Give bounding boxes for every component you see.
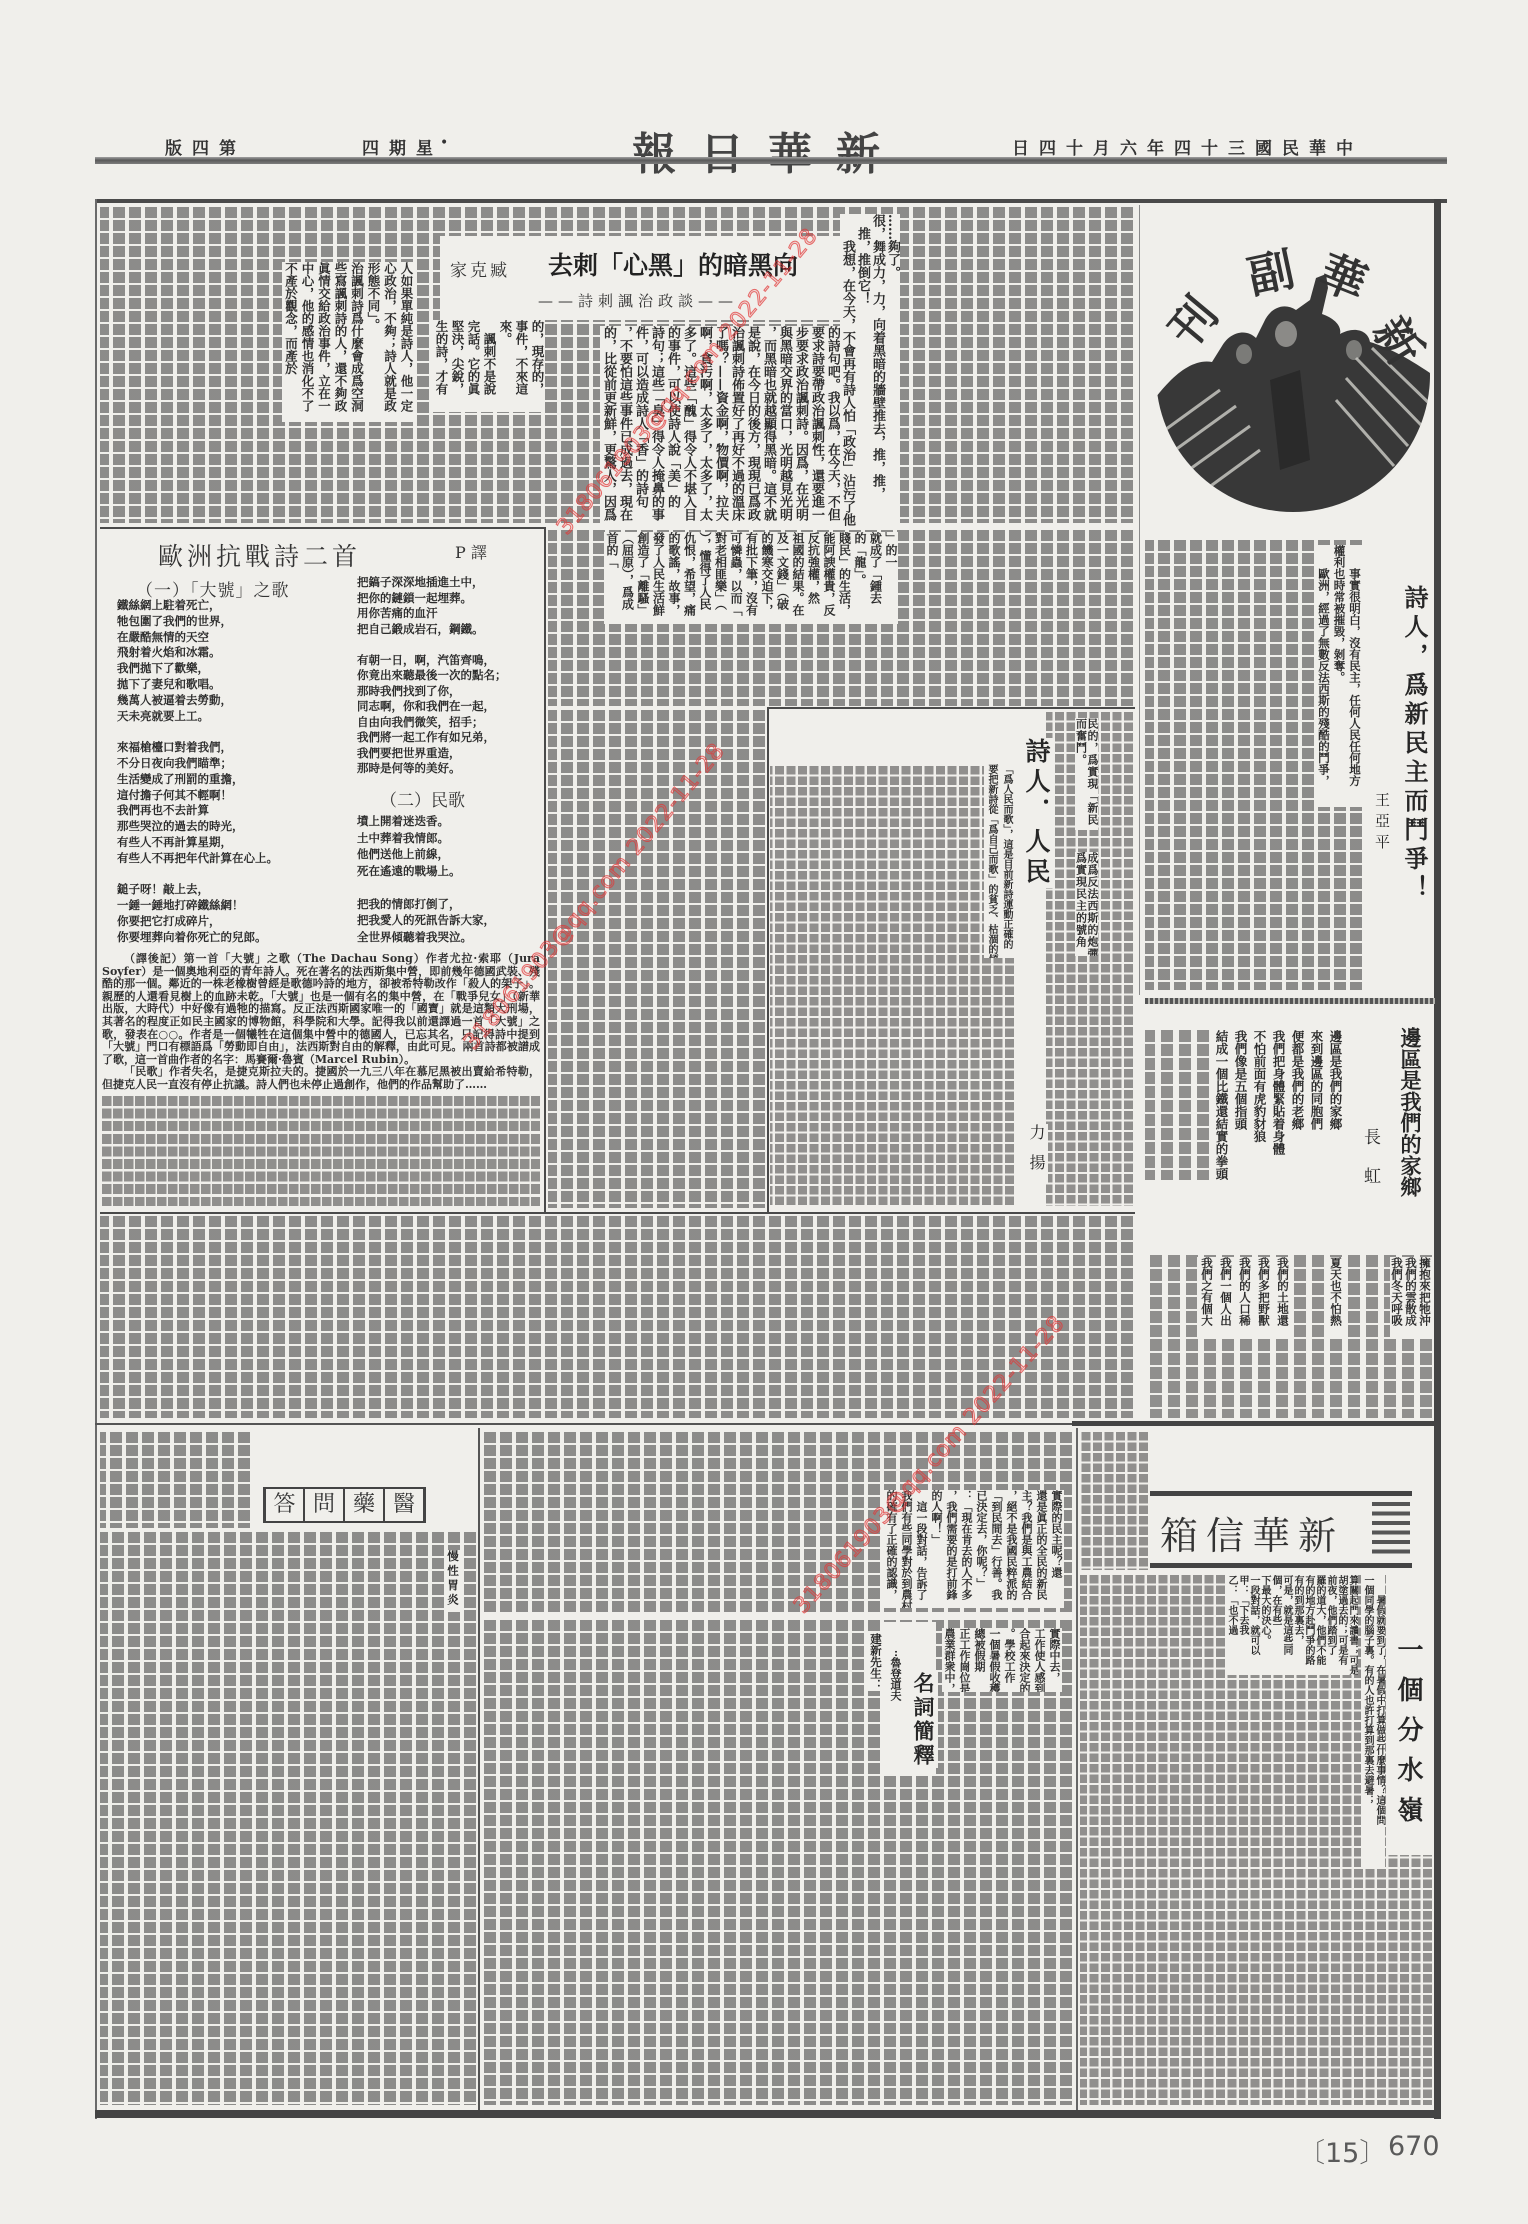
band-top-rule: [100, 1212, 1135, 1214]
mailbox-header-top-bar: [1150, 1491, 1412, 1496]
poem-line: 牠包圍了我們的世界，: [117, 614, 278, 630]
frame-top-border: [95, 199, 1447, 203]
text-column: 發了人民生活鮮: [650, 532, 666, 624]
poem-line: [357, 637, 507, 653]
lower-divider-right: [1076, 1428, 1078, 2110]
text-column: 正工作崗位是在廣大的: [957, 1628, 972, 1692]
poem-line: 不怕前面有虎豹豺狼: [1250, 1030, 1269, 1190]
mailbox-section-title: 新華信箱: [1160, 1505, 1344, 1560]
poem-line: 有朝一日，啊，汽笛齊鳴，: [357, 653, 507, 669]
text-column: 形態不同」。: [365, 262, 382, 422]
article-body-block: 實際中去，工作使人感到合起來決定的。學校工作一個暑假收穫總被假期正工作崗位是在廣…: [942, 1628, 1062, 1692]
text-column: 前夜，他們踏到了: [1325, 1575, 1336, 1675]
text-column: 主？我們是與工農結合: [1019, 1490, 1034, 1608]
poem-line: 在嚴酷無情的天空: [117, 630, 278, 646]
poem-line: 我們的雲散成: [1404, 1257, 1418, 1337]
mailbox-header-bottom-bar: [1150, 1563, 1412, 1568]
poem-line: 那時我們找到了你，: [357, 684, 507, 700]
text-column: 可憐蟲，以而「: [728, 532, 744, 624]
text-column: 事件，不來這: [513, 320, 529, 412]
glossary-title: 名詞簡釋: [908, 1672, 938, 1768]
poem-line: 有些人不再把年代計算在心上。: [117, 851, 278, 867]
poem-line: 鎚子呀！敲上去，: [117, 882, 278, 898]
poem-line: 來到邊區的同胞們: [1307, 1030, 1326, 1190]
poem-line: 拋下了妻兒和歌唱。: [117, 677, 278, 693]
text-column: ，而黑暗也就越顯得黑暗。這不就: [760, 326, 776, 523]
print-texture-medical-top: [100, 1432, 250, 1528]
poems-translator: P 譯: [455, 540, 487, 563]
glossary-addressee: 建新先生：: [868, 1633, 884, 1691]
frame-bottom-border: [95, 2110, 1441, 2118]
text-column: 中心，他的感情也消化不了: [299, 262, 316, 422]
poem-author: 長虹: [1358, 1128, 1383, 1206]
column-divider: [1139, 205, 1140, 995]
poem-line: 我們要把世界重造，: [357, 746, 507, 762]
text-column: 心政治，不夠；詩人就是政: [381, 262, 398, 422]
text-column: 仇恨，希望，痛: [681, 532, 697, 624]
text-column: 推，推倒它！: [855, 214, 870, 528]
article-author: 王亞平: [1372, 792, 1393, 855]
text-column: 堅決，尖銳，: [449, 320, 465, 412]
text-column: ：「現在肯去的人不多: [959, 1490, 974, 1608]
poem-line: 鐵絲網上駐着死亡，: [117, 598, 278, 614]
text-column: 創造了「離騷」: [635, 532, 651, 624]
notes-paragraph: 「民歌」作者失名，是捷克斯拉夫的。捷國於一九三八年在慕尼黑被出賣給希特勒，但捷克…: [102, 1066, 540, 1091]
text-column: 對老相匪樂」（: [712, 532, 728, 624]
text-column: 「爲人民而歌」，這是目前新詩運動正確的: [999, 764, 1014, 958]
article-body-block: 成爲反法西斯的炮彈，爲實現民主的號角: [1075, 852, 1098, 956]
text-column: ，不要怕這些事件已成過去，現在: [616, 326, 632, 523]
article-body-block: 人如果單純是詩人，他一定心政治，不夠；詩人就是政形態不同」。治諷刺詩爲什麼會成爲…: [282, 262, 414, 422]
poem-line: 你要把它打成碎片，: [117, 914, 278, 930]
poem-line: 我們的土地還: [1273, 1257, 1292, 1337]
poem-line: 我們將一起工作有如兄弟，: [357, 730, 507, 746]
print-texture-changhong-upper: [1145, 1030, 1209, 1180]
article-body-block: ……夠了。很，舞成力，力，向着黑暗的牆壁推去，推，推， 推，推倒它！ 我想，在今…: [840, 214, 900, 528]
text-column: 農業群衆中，: [942, 1628, 957, 1692]
poems-section-title: 歐洲抗戰詩二首: [158, 537, 361, 573]
text-column: 一個暑假收穫: [987, 1628, 1002, 1692]
text-column: 首的「: [604, 532, 620, 624]
text-column: 治諷刺詩爲什麼會成爲空洞: [348, 262, 365, 422]
article-author: 臧克家: [450, 256, 510, 281]
print-texture-liyang-left: [770, 766, 1014, 1206]
text-column: 就成了「鍾去: [867, 532, 883, 624]
poem-line: 墳上開着迷迭香。: [357, 813, 495, 830]
text-column: 的歌謠，故事，: [666, 532, 682, 624]
poem-line: 把你的鏈鎖一起埋葬。: [357, 591, 507, 607]
medical-qa-title-char: 醫: [383, 1489, 423, 1521]
page-number: 670: [1388, 2131, 1440, 2162]
issue-date: 中華民國三十四年六月十四日: [1012, 134, 1363, 159]
poem-line: 我們多把野獸: [1254, 1257, 1273, 1337]
text-column: 是說，在今日的後方，現現已爲政: [744, 326, 760, 523]
liyang-box-left-rule: [767, 707, 769, 1213]
text-column: 有的到那裏去，: [1292, 1575, 1303, 1675]
text-column: 羅的道大，他們不能: [1314, 1575, 1325, 1675]
text-column: 治諷刺詩佈置好了再好不過的溫床: [728, 326, 744, 523]
medical-qa-title-char: 問: [303, 1489, 343, 1521]
poem-stanza: 擁抱來把牠沖我們的雲散成我們冬天呼吸: [1390, 1257, 1432, 1337]
poem-line: [117, 867, 278, 883]
poem-line: 他們送他上前線，: [357, 846, 495, 863]
text-column: 這一段對話，告訴了: [914, 1490, 929, 1608]
text-column: 的「龍」。: [852, 532, 868, 624]
poem-line: 自由向我們微笑，招手；: [357, 715, 507, 731]
text-column: 權利也時常被摧毀，剝奪。: [1331, 545, 1347, 807]
poem-stanza: 邊區是我們的家鄉來到邊區的同胞們便都是我們的老鄉我們把身體緊貼着身體不怕前面有虎…: [1212, 1030, 1345, 1190]
article-body-block: 事實很明白，沒有民主，任何人民任何地方權利也時常被摧毀，剝奪。 歐洲，經過了無數…: [1316, 545, 1363, 807]
poem-line: 死在遙遠的戰場上。: [357, 863, 495, 880]
poem-line: 我們冬天呼吸: [1390, 1257, 1404, 1337]
text-column: 諷刺不是說: [481, 320, 497, 412]
text-column: 合起來決定的: [1017, 1628, 1032, 1692]
text-column: 不產於觀念，而產於: [282, 262, 299, 422]
poem-line: [117, 724, 278, 740]
poem-line: 生活變成了刑罰的重擔，: [117, 772, 278, 788]
text-column: 有的地方赴鬥爭的路: [1303, 1575, 1314, 1675]
poem-lines: 墳上開着迷迭香。土中葬着我情郎。他們送他上前線，死在遙遠的戰場上。把我的情郎打倒…: [357, 813, 495, 945]
text-column: 下最大的決心。: [1259, 1575, 1270, 1675]
glossary-term: 魯登道夫: [887, 1650, 903, 1701]
text-column: 步要求政治諷刺詩。因爲，在光明: [792, 326, 808, 523]
poem-line: 飛射着火焰和冰霜。: [117, 645, 278, 661]
article-body-block: 」的一就成了「鍾去的「龍」。賤民」的生活，能阿諛權貴，反反抗強權，然祖國的結果。…: [604, 532, 899, 624]
text-column: 乙：「也不過: [1226, 1575, 1237, 1675]
poem-line: 把自己鍛成岩石，鋼鐵。: [357, 622, 507, 638]
text-column: 的詩句吧。我以爲，在今天，不但: [824, 326, 840, 523]
poem-line: 把鎬子深深地插進土中，: [357, 575, 507, 591]
article-body-block: 「爲人民而歌」，這是目前新詩運動正確的要把新詩從「爲自己而歌」的貧乏、枯涸的傾: [984, 764, 1014, 958]
text-column: 祖國的結果。在: [790, 532, 806, 624]
poem-line: 我們的人口稀: [1235, 1257, 1254, 1337]
text-column: 工作使人感到: [1032, 1628, 1047, 1692]
text-column: 的饑寒交迫下，: [759, 532, 775, 624]
mailbox-header-stripes: [1372, 1502, 1410, 1558]
text-column: 算關起門來讀書；可是: [1347, 1575, 1358, 1675]
poem-line: 來福槍檯口對着我們，: [117, 740, 278, 756]
article-title: 詩人，爲新民主而鬥爭！: [1397, 585, 1432, 904]
poem-line: 那些哭泣的過去的時光，: [117, 819, 278, 835]
poem-title: 邊區是我們的家鄉: [1395, 1027, 1425, 1197]
poem-line: 你要埋葬向着你死亡的兒郎。: [117, 930, 278, 946]
medical-qa-title-char: 藥: [343, 1489, 383, 1521]
lower-divider-left: [478, 1428, 480, 2110]
europe-box-right-rule: [544, 527, 546, 1213]
text-column: 」的一: [883, 532, 899, 624]
text-column: 很，舞成力，力，向着黑暗的牆壁推去，推，推，: [870, 214, 885, 528]
poem-line: 我們把身體緊貼着身體: [1269, 1030, 1288, 1190]
header-separator: •: [440, 135, 448, 151]
print-texture-zang-left-column: [548, 710, 765, 1208]
article-body-block: 民的，爲實現「新民而奮鬥。: [1075, 718, 1098, 830]
poem-line: 我們再也不去計算: [117, 803, 278, 819]
poem-line: 夏天也不怕熱: [1329, 1257, 1343, 1337]
print-texture-band: [100, 1216, 1133, 1418]
article-author: 力揚: [1025, 1124, 1048, 1184]
liyang-box-top-rule: [767, 707, 1135, 709]
text-column: ），懂得了人民: [697, 532, 713, 624]
page-bracket-number: 〔15〕: [1298, 2131, 1386, 2170]
frame-left-border: [95, 199, 97, 2119]
poem-line: 幾萬人被逼着去勞動，: [117, 693, 278, 709]
poem-line: 這付擔子何其不輕啊！: [117, 788, 278, 804]
newspaper-title: 新華日報: [632, 118, 904, 182]
poem-line: 全世界傾聽着我哭泣。: [357, 929, 495, 946]
text-column: 及一文錢」（破: [774, 532, 790, 624]
poem-line: 同志啊，你和我們在一起，: [357, 699, 507, 715]
text-column: 來。: [497, 320, 513, 412]
poem-title: （二）民歌: [380, 786, 465, 811]
text-column: ，絕不是我國民粹派的: [1004, 1490, 1019, 1608]
header-rule: [95, 157, 1447, 164]
weekday-label: 星期四: [362, 134, 443, 159]
poem-stanza: 我們的土地還我們多把野獸我們的人口稀我們一個人出我們之有個大: [1197, 1257, 1292, 1337]
lower-section-rule-thick: [1072, 1421, 1438, 1426]
text-column: 甲：「下去我: [1237, 1575, 1248, 1675]
text-column: 還是眞正的全民的新民: [1034, 1490, 1049, 1608]
text-column: 要把新詩從「爲自己而歌」的貧乏、枯涸的傾: [984, 764, 999, 958]
poem-line: 天未亮就要上工。: [117, 709, 278, 725]
text-column: 可是，就是這些同: [1281, 1575, 1292, 1675]
poem-line: 那時是何等的美好。: [357, 761, 507, 777]
text-column: ……夠了。: [885, 214, 900, 528]
text-column: 已決定去，你呢？」: [974, 1490, 989, 1608]
poem-stanza: 夏天也不怕熱: [1329, 1257, 1343, 1337]
poem-line: 不分日夜向我們瞄準；: [117, 756, 278, 772]
text-column: 個，在有些: [1270, 1575, 1281, 1675]
poem-line: [357, 879, 495, 896]
text-column: 民的，爲實現「新民: [1087, 718, 1099, 830]
text-column: 反抗強權，然: [805, 532, 821, 624]
print-texture-medical: [100, 1532, 476, 2105]
text-column: 歐洲，經過了無數反法西斯的殘酷的鬥爭，: [1316, 545, 1332, 807]
europe-box-top-rule: [100, 527, 545, 529]
article-title: 詩人．人民: [1018, 738, 1054, 888]
mailbox-article-title: 一個分水嶺: [1390, 1636, 1427, 1836]
text-column: 一段對話，就可以: [1248, 1575, 1259, 1675]
medical-qa-topic: 慢性胃炎: [446, 1550, 460, 1612]
poem-line: 我們之有個大: [1197, 1257, 1216, 1337]
article-body-block: 實際的民主呢？還還是眞正的全民的新民主？我們是與工農結合，絕不是我國民粹派的「到…: [884, 1490, 1064, 1608]
poem-line: 邊區是我們的家鄉: [1326, 1030, 1345, 1190]
text-column: 爲實現民主的號角: [1075, 852, 1087, 956]
print-texture-notes: [102, 1096, 540, 1206]
poem-line: 用你苦痛的血汗: [357, 606, 507, 622]
poem-line: 一錘一錘地打碎鐵絲網！: [117, 898, 278, 914]
text-column: ，我們需要的是打前鋒: [944, 1490, 959, 1608]
text-column: 能阿諛權貴，反: [821, 532, 837, 624]
article-body-block: 算關起門來讀書；可是胡塗過去的；可是有前夜，他們踏到了羅的道大，他們不能有的地方…: [1226, 1575, 1358, 1675]
poem-lines-left: 鐵絲網上駐着死亡，牠包圍了我們的世界，在嚴酷無情的天空飛射着火焰和冰霜。我們拋下…: [117, 598, 278, 946]
text-column: 要求詩要帶政治諷刺性，還要進一: [808, 326, 824, 523]
poem-line: 你竟出來聽最後一次的點名；: [357, 668, 507, 684]
text-column: 完話。它的眞: [465, 320, 481, 412]
text-column: 「到民間去」行善。我: [989, 1490, 1004, 1608]
print-texture-mailbox-top: [1080, 1432, 1148, 1570]
poem-line: 擁抱來把牠沖: [1418, 1257, 1432, 1337]
text-column: 賤民」的生活，: [836, 532, 852, 624]
text-column: 成爲反法西斯的炮彈，: [1087, 852, 1099, 956]
article-body-block: 暑假就要到了，在暑假中打算做些什麼事情？這個問一個同學的腦子裏。有的人也許打算到…: [1361, 1575, 1385, 1867]
poem-line: 我們拋下了歡樂，: [117, 661, 278, 677]
text-column: 有批下筆，沒有: [743, 532, 759, 624]
text-column: 人如果單純是詩人，他一定: [398, 262, 415, 422]
text-column: 的人啊！」: [929, 1490, 944, 1608]
text-column: 胡塗過去的；可是有: [1336, 1575, 1347, 1675]
poem-line: 我們一個人出: [1216, 1257, 1235, 1337]
poem-line: 土中葬着我情郎。: [357, 830, 495, 847]
poem-line: 把我的情郎打倒了，: [357, 896, 495, 913]
medical-qa-title-char: 答: [263, 1489, 303, 1521]
text-column: 生的詩，才有: [433, 320, 449, 412]
text-column: 而奮鬥。: [1075, 718, 1087, 830]
article-subtitle: ——談政治諷刺詩——: [538, 290, 738, 311]
poem-line: 有些人不再計算星期，: [117, 835, 278, 851]
text-column: 些寫諷刺詩的人，還不夠政: [332, 262, 349, 422]
medical-qa-title-box: 醫 藥 問 答: [263, 1487, 426, 1523]
text-column: （屈原），爲成: [619, 532, 635, 624]
edition-label: 第四版: [165, 134, 246, 159]
text-column: 一個同學的腦子裏。有的人也許打算到那裏去避暑；: [1361, 1575, 1373, 1867]
text-column: 暑假就要到了，在暑假中打算做些什麼事情？這個問: [1373, 1575, 1385, 1867]
print-texture-middle-lower: [482, 1620, 1072, 2105]
poem-line: 便都是我們的老鄉: [1288, 1030, 1307, 1190]
text-column: 總被假期: [972, 1628, 987, 1692]
text-column: 實際中去，: [1047, 1628, 1062, 1692]
text-column: 實際的民主呢？還: [1049, 1490, 1064, 1608]
text-column: 我想，在今天，不會再有詩人怕「政治」沾污了他: [840, 214, 855, 528]
poem-line: 結成一個比鐵還結實的拳頭: [1212, 1030, 1231, 1190]
text-column: 與黑暗交界的當口，光明越見光明: [776, 326, 792, 523]
text-column: 的，現存的，: [529, 320, 545, 412]
article-body-block: 的，現存的，事件，不來這來。 諷刺不是說完話。它的眞堅決，尖銳，生的詩，才有: [433, 320, 545, 412]
text-column: 。學校工作: [1002, 1628, 1017, 1692]
poem-line: 我們像是五個指頭: [1231, 1030, 1250, 1190]
changhong-hatched-border: [1145, 998, 1435, 1004]
text-column: 眞情交給政治事件，立在一: [315, 262, 332, 422]
poem-lines-right: 把鎬子深深地插進土中，把你的鏈鎖一起埋葬。用你苦痛的血汗把自己鍛成岩石，鋼鐵。有…: [357, 575, 507, 777]
masthead-title-char: 副: [1239, 241, 1303, 305]
poem-line: 把我愛人的死訊告訴大家，: [357, 912, 495, 929]
text-column: 事實很明白，沒有民主，任何人民任何地方: [1347, 545, 1363, 807]
